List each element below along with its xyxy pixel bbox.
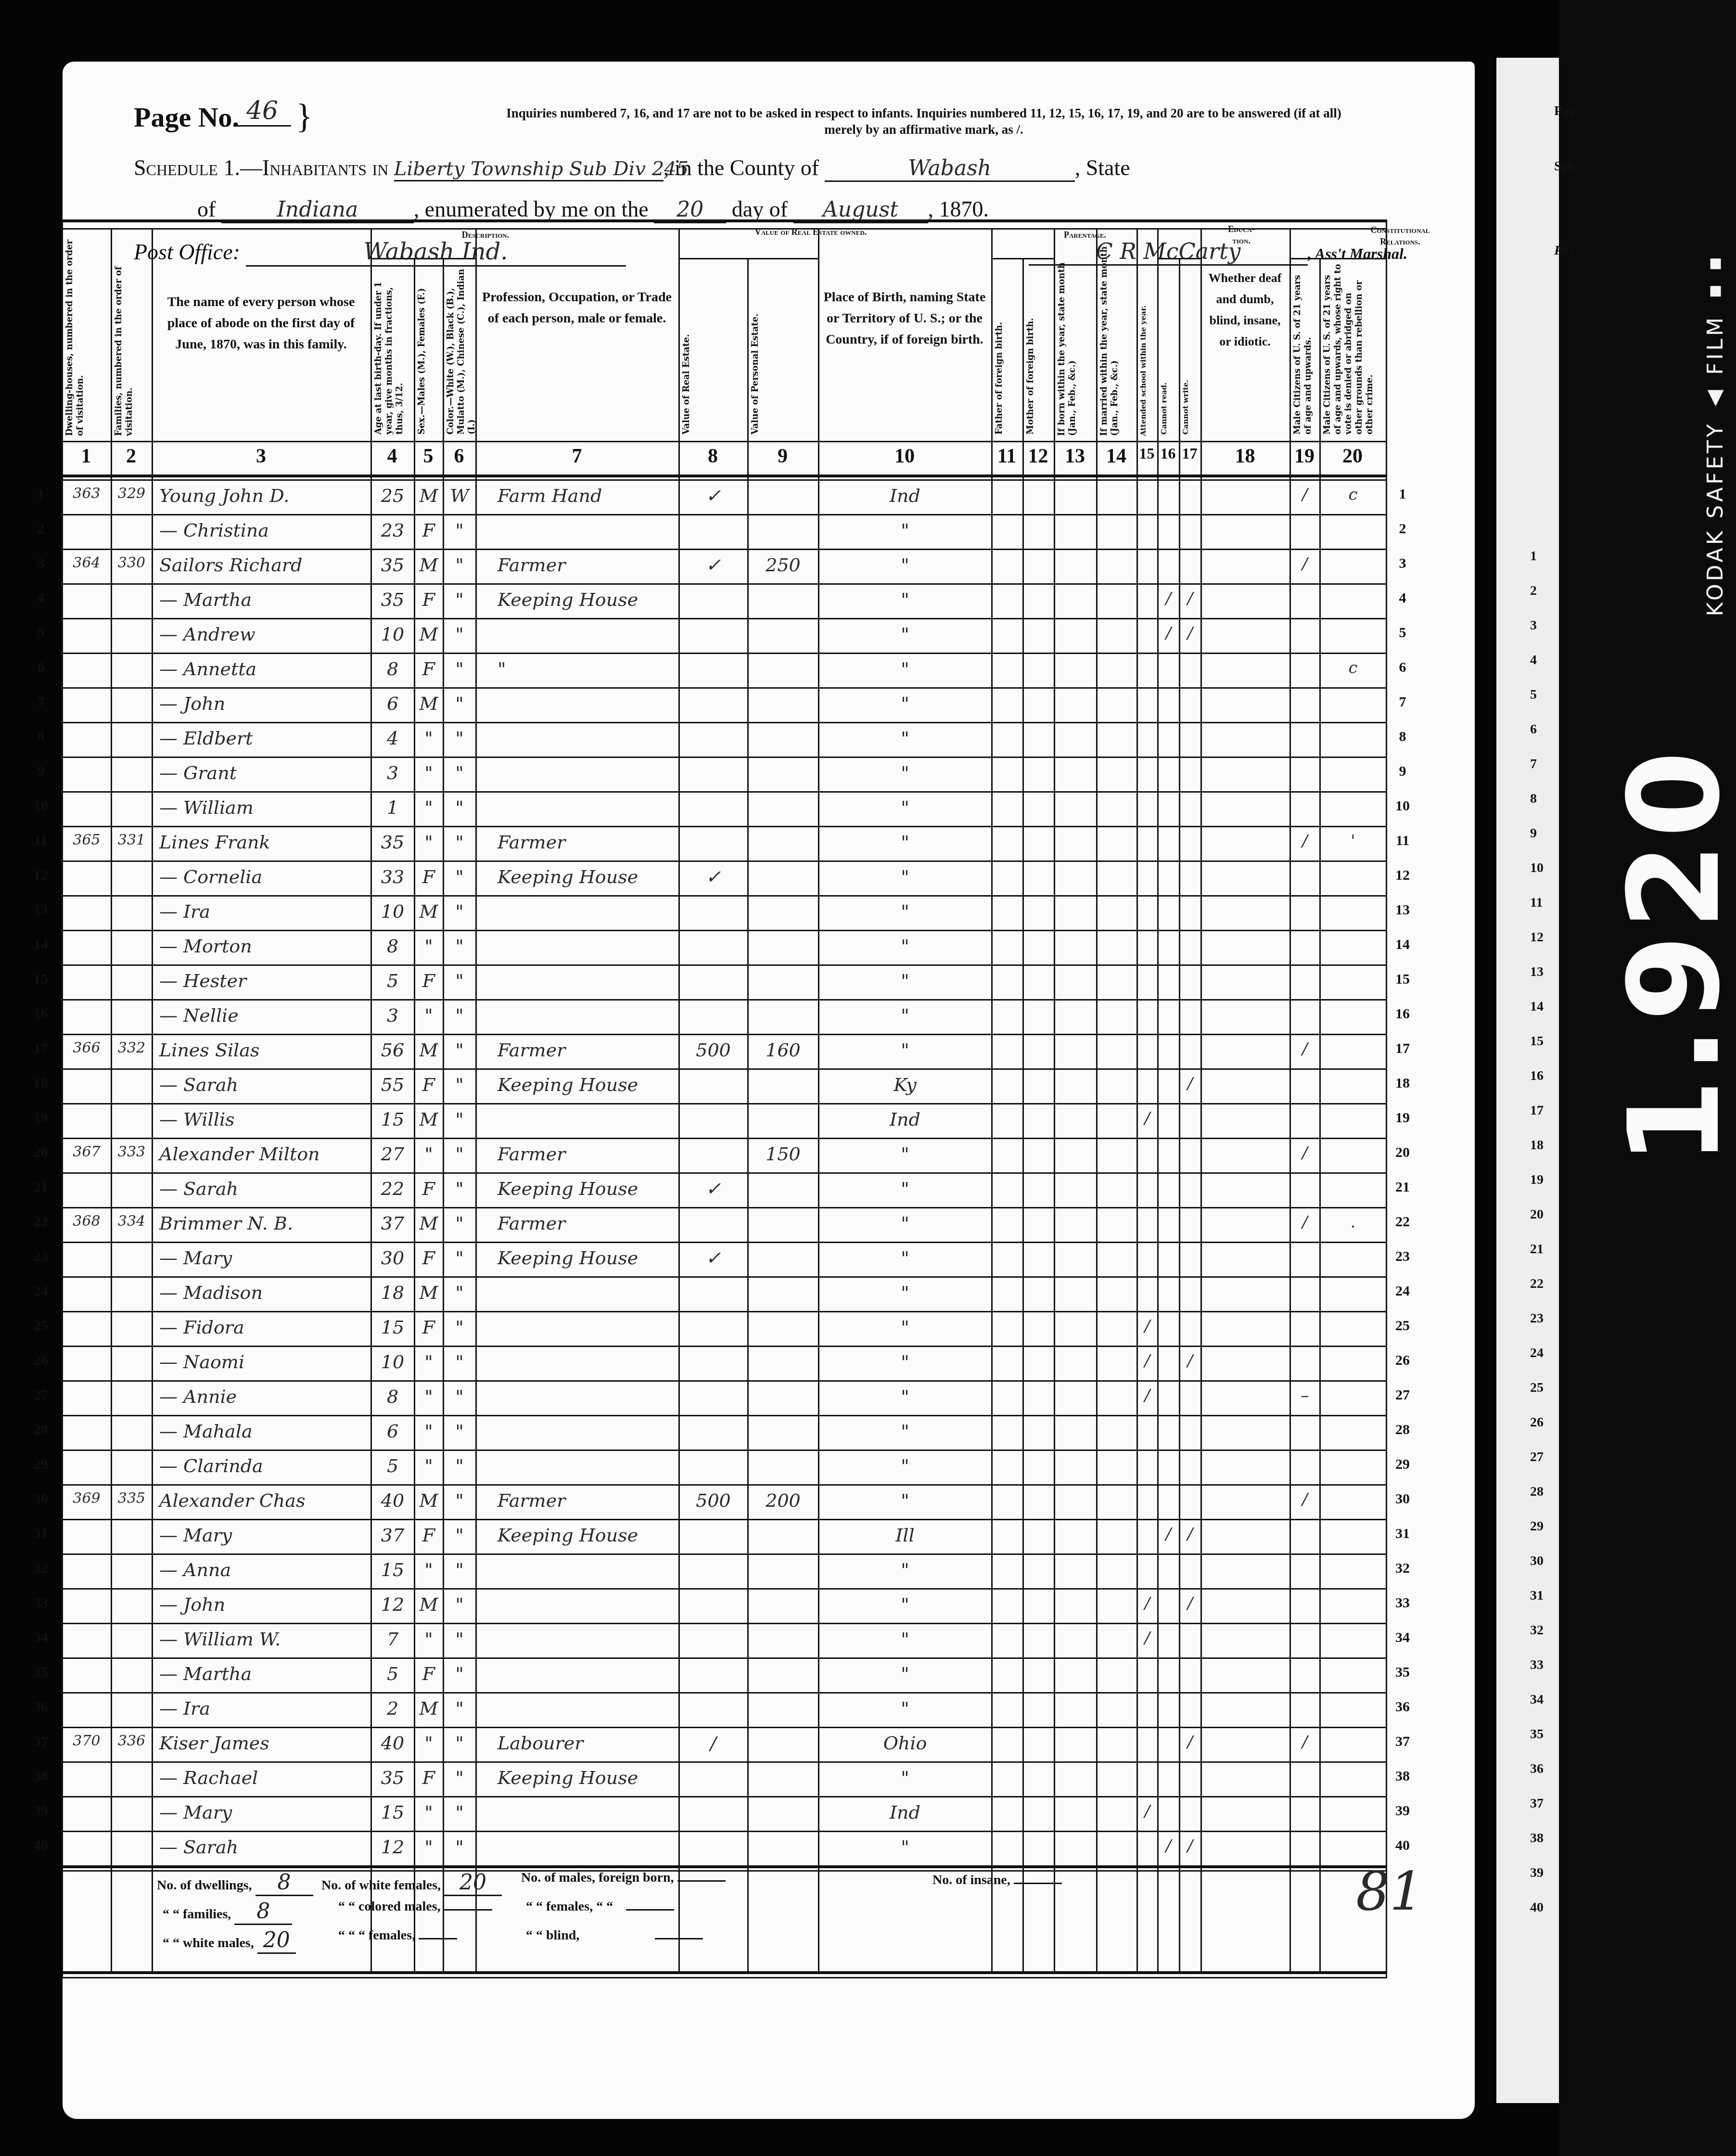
row-line-number-right: 26 xyxy=(1391,1352,1415,1369)
row-line-number-right: 32 xyxy=(1391,1560,1415,1577)
cell-color: " xyxy=(446,693,473,714)
cell-age: 37 xyxy=(373,1525,412,1546)
cell-citizen: / xyxy=(1292,1039,1317,1059)
table-row: 1515— Hester5F"" xyxy=(62,964,1386,999)
adjacent-row-number: 17 xyxy=(1530,1103,1544,1118)
summary-males-foreign: No. of males, foreign born, xyxy=(521,1870,726,1886)
cell-age: 15 xyxy=(373,1317,412,1338)
cell-sex: " xyxy=(417,1629,441,1650)
table-row: 3838— Rachael35F"Keeping House" xyxy=(62,1761,1386,1796)
column-header-3: The name of every person whose place of … xyxy=(155,292,367,355)
cell-personal-estate: 150 xyxy=(750,1143,816,1165)
table-row: 4040— Sarah12"""// xyxy=(62,1831,1386,1865)
cell-school: / xyxy=(1139,1109,1155,1128)
cell-name: — Anna xyxy=(154,1559,373,1580)
row-line-number-right: 12 xyxy=(1391,867,1415,884)
cell-birthplace: " xyxy=(821,1039,989,1061)
cell-age: 5 xyxy=(373,970,412,991)
cell-real-estate: / xyxy=(681,1732,745,1754)
cell-citizen: / xyxy=(1292,1732,1317,1752)
cell-sex: F xyxy=(417,520,441,541)
cell-age: 8 xyxy=(373,936,412,957)
row-line-number-right: 4 xyxy=(1391,590,1415,606)
cell-birthplace: Ind xyxy=(821,485,989,506)
summary-white-males-value: 20 xyxy=(257,1928,296,1954)
table-row: 2222368334Brimmer N. B.37M"Farmer"/. xyxy=(62,1207,1386,1242)
cell-color: " xyxy=(446,970,473,991)
row-line-number-right: 38 xyxy=(1391,1768,1415,1784)
cell-color: " xyxy=(446,1732,473,1754)
summary-colored-females-value xyxy=(419,1938,457,1939)
cell-occupation: Farmer xyxy=(478,1143,696,1165)
summary-blind-value xyxy=(655,1938,703,1939)
census-table: Description. Value of Real Estate owned.… xyxy=(62,219,1452,1964)
cell-name: — John xyxy=(154,693,373,714)
cell-age: 30 xyxy=(373,1247,412,1269)
cell-sex: F xyxy=(417,1074,441,1095)
cell-name: — Mary xyxy=(154,1247,373,1269)
cell-citizen: / xyxy=(1292,832,1317,851)
schedule-label: Schedule 1.—Inhabitants in xyxy=(134,155,388,180)
cell-age: 12 xyxy=(373,1594,412,1615)
cell-personal-estate: 200 xyxy=(750,1490,816,1511)
cell-name: — Annie xyxy=(154,1386,373,1407)
column-number: 5 xyxy=(414,445,443,468)
cell-name: — Sarah xyxy=(154,1074,373,1095)
row-line-number: 16 xyxy=(29,1006,53,1022)
table-row: 2727— Annie8"""/– xyxy=(62,1380,1386,1415)
row-line-number: 13 xyxy=(29,902,53,918)
summary-white-males: “ “ white males, 20 xyxy=(163,1928,296,1954)
row-line-number-right: 2 xyxy=(1391,521,1415,537)
adjacent-row-number: 15 xyxy=(1530,1034,1544,1049)
row-line-number: 23 xyxy=(29,1248,53,1265)
row-line-number-right: 7 xyxy=(1391,694,1415,710)
row-line-number-right: 30 xyxy=(1391,1491,1415,1507)
cell-dwelling: 369 xyxy=(64,1490,109,1507)
column-header-4: Age at last birth-day. If under 1 year, … xyxy=(373,264,411,435)
cell-school: / xyxy=(1139,1386,1155,1405)
table-row: 33364330Sailors Richard35M"Farmer✓250"/ xyxy=(62,549,1386,583)
cell-read: / xyxy=(1160,1525,1177,1544)
cell-sex: F xyxy=(417,1663,441,1684)
summary-colored-males-label: “ “ colored males, xyxy=(338,1899,441,1914)
cell-occupation: Farmer xyxy=(478,1490,696,1511)
cell-sex: F xyxy=(417,866,441,887)
table-row: 3333— John12M""// xyxy=(62,1588,1386,1623)
summary-white-males-label: “ “ white males, xyxy=(163,1936,254,1951)
table-row: 3939— Mary15""Ind/ xyxy=(62,1796,1386,1831)
cell-occupation: Farmer xyxy=(478,1213,696,1234)
row-line-number-right: 11 xyxy=(1391,833,1415,849)
row-line-number: 2 xyxy=(29,521,53,537)
cell-name: Lines Silas xyxy=(154,1039,373,1061)
table-row: 11363329Young John D.25MWFarm Hand✓Ind/c xyxy=(62,479,1386,514)
cell-color: W xyxy=(446,485,473,506)
cell-color: " xyxy=(446,1109,473,1130)
table-row: 3636— Ira2M"" xyxy=(62,1692,1386,1727)
cell-sex: " xyxy=(417,1386,441,1407)
cell-occupation: Farmer xyxy=(478,1039,696,1061)
cell-denied: c xyxy=(1322,485,1384,504)
cell-sex: " xyxy=(417,1559,441,1580)
cell-write: / xyxy=(1182,1836,1199,1856)
cell-occupation: Labourer xyxy=(478,1732,696,1754)
cell-color: " xyxy=(446,936,473,957)
cell-age: 1 xyxy=(373,797,412,818)
cell-color: " xyxy=(446,1802,473,1823)
row-line-number-right: 24 xyxy=(1391,1283,1415,1299)
cell-name: — Rachael xyxy=(154,1767,373,1788)
cell-birthplace: " xyxy=(821,1490,989,1511)
cell-write: / xyxy=(1182,1594,1199,1613)
cell-sex: " xyxy=(417,1836,441,1858)
county-label: , in the County of xyxy=(664,155,819,180)
cell-real-estate: ✓ xyxy=(681,866,745,887)
adjacent-row-number: 31 xyxy=(1530,1588,1544,1604)
cell-birthplace: " xyxy=(821,832,989,853)
cell-birthplace: " xyxy=(821,866,989,887)
column-number: 8 xyxy=(678,445,747,468)
cell-color: " xyxy=(446,589,473,610)
cell-dwelling: 365 xyxy=(64,832,109,848)
cell-denied: c xyxy=(1322,658,1384,678)
column-header-18: Whether deaf and dumb, blind, insane, or… xyxy=(1204,268,1286,352)
cell-birthplace: Ill xyxy=(821,1525,989,1546)
table-row: 66— Annetta8F"""c xyxy=(62,653,1386,687)
table-row: 2626— Naomi10"""// xyxy=(62,1346,1386,1380)
summary-females-foreign: “ “ females, “ “ xyxy=(526,1899,674,1914)
cell-name: — Fidora xyxy=(154,1317,373,1338)
row-line-number-right: 16 xyxy=(1391,1006,1415,1022)
cell-dwelling: 367 xyxy=(64,1143,109,1160)
table-row: 2424— Madison18M"" xyxy=(62,1276,1386,1311)
cell-real-estate: ✓ xyxy=(681,554,745,576)
row-line-number-right: 33 xyxy=(1391,1595,1415,1611)
adjacent-row-number: 18 xyxy=(1530,1138,1544,1153)
adjacent-row-number: 16 xyxy=(1530,1068,1544,1084)
cell-dwelling: 363 xyxy=(64,485,109,502)
cell-name: — Madison xyxy=(154,1282,373,1303)
cell-name: — Christina xyxy=(154,520,373,541)
cell-occupation: Keeping House xyxy=(478,1247,696,1269)
row-line-number: 1 xyxy=(29,486,53,502)
column-header-11: Father of foreign birth. xyxy=(994,264,1020,435)
column-header-2: Families, numbered in the order of visit… xyxy=(114,234,149,436)
column-number: 6 xyxy=(443,445,475,468)
cell-occupation: Farmer xyxy=(478,554,696,576)
row-line-number: 25 xyxy=(29,1318,53,1334)
adjacent-row-number: 23 xyxy=(1530,1311,1544,1326)
cell-color: " xyxy=(446,1490,473,1511)
cell-color: " xyxy=(446,1559,473,1580)
adjacent-page-fragment: Sch xyxy=(1554,159,1575,174)
cell-family: 334 xyxy=(114,1213,150,1230)
cell-name: — Annetta xyxy=(154,658,373,680)
cell-birthplace: " xyxy=(821,728,989,749)
cell-occupation: Farmer xyxy=(478,832,696,853)
cell-birthplace: " xyxy=(821,1005,989,1026)
cell-sex: M xyxy=(417,554,441,576)
row-line-number: 28 xyxy=(29,1422,53,1438)
table-row: 1919— Willis15M"Ind/ xyxy=(62,1103,1386,1138)
adjacent-row-number: 34 xyxy=(1530,1692,1544,1707)
adjacent-row-number: 24 xyxy=(1530,1346,1544,1361)
cell-sex: M xyxy=(417,1490,441,1511)
page-number-label: Page No. xyxy=(134,101,239,133)
cell-birthplace: " xyxy=(821,520,989,541)
cell-personal-estate: 250 xyxy=(750,554,816,576)
table-row: 1313— Ira10M"" xyxy=(62,895,1386,930)
summary-males-foreign-label: No. of males, foreign born, xyxy=(521,1870,674,1885)
table-row: 3030369335Alexander Chas40M"Farmer500200… xyxy=(62,1484,1386,1519)
cell-birthplace: " xyxy=(821,901,989,922)
cell-sex: M xyxy=(417,485,441,506)
row-line-number-right: 14 xyxy=(1391,937,1415,953)
cell-birthplace: " xyxy=(821,658,989,680)
cell-occupation: " xyxy=(478,658,696,680)
cell-age: 6 xyxy=(373,1421,412,1442)
cell-age: 55 xyxy=(373,1074,412,1095)
cell-occupation: Keeping House xyxy=(478,1178,696,1199)
cell-school: / xyxy=(1139,1351,1155,1371)
cell-color: " xyxy=(446,762,473,783)
row-line-number-right: 21 xyxy=(1391,1179,1415,1195)
cell-age: 15 xyxy=(373,1559,412,1580)
cell-sex: " xyxy=(417,1005,441,1026)
column-header-7: Profession, Occupation, or Trade of each… xyxy=(479,287,675,329)
cell-dwelling: 364 xyxy=(64,554,109,571)
cell-citizen: / xyxy=(1292,1490,1317,1509)
cell-name: — Martha xyxy=(154,1663,373,1684)
column-header-14: If married within the year, state month … xyxy=(1099,234,1134,436)
cell-citizen: / xyxy=(1292,1143,1317,1163)
cell-sex: " xyxy=(417,1455,441,1476)
table-row: 2525— Fidora15F""/ xyxy=(62,1311,1386,1346)
adjacent-row-number: 5 xyxy=(1530,687,1537,703)
cell-name: — Sarah xyxy=(154,1178,373,1199)
cell-name: — William xyxy=(154,797,373,818)
table-top-rule-thin xyxy=(62,228,1386,230)
cell-occupation: Keeping House xyxy=(478,866,696,887)
cell-sex: F xyxy=(417,970,441,991)
column-number: 13 xyxy=(1054,445,1096,468)
adjacent-row-number: 8 xyxy=(1530,791,1537,807)
cell-name: Alexander Chas xyxy=(154,1490,373,1511)
adjacent-row-number: 30 xyxy=(1530,1553,1544,1569)
cell-color: " xyxy=(446,1698,473,1719)
summary-white-females: No. of white females, 20 xyxy=(321,1870,502,1896)
row-line-number: 21 xyxy=(29,1179,53,1195)
cell-name: — John xyxy=(154,1594,373,1615)
column-number: 15 xyxy=(1136,445,1157,462)
table-top-rule xyxy=(62,219,1386,222)
table-row: 3535— Martha5F"" xyxy=(62,1657,1386,1692)
cell-sex: " xyxy=(417,1351,441,1373)
table-row: 3131— Mary37F"Keeping HouseIll// xyxy=(62,1519,1386,1553)
column-number: 17 xyxy=(1179,445,1200,462)
cell-sex: M xyxy=(417,1109,441,1130)
summary-colored-females: “ “ “ females, xyxy=(338,1928,457,1943)
notice-instructions: Inquiries numbered 7, 16, and 17 are not… xyxy=(385,105,1463,138)
cell-color: " xyxy=(446,1351,473,1373)
cell-age: 27 xyxy=(373,1143,412,1165)
cell-name: — Grant xyxy=(154,762,373,783)
summary-colored-males: “ “ colored males, xyxy=(338,1899,492,1914)
column-number: 18 xyxy=(1200,445,1289,468)
cell-birthplace: " xyxy=(821,1386,989,1407)
cell-family: 335 xyxy=(114,1490,150,1507)
row-line-number: 12 xyxy=(29,867,53,884)
cell-sex: " xyxy=(417,1732,441,1754)
page-number-value: 46 xyxy=(233,96,291,127)
cell-family: 329 xyxy=(114,485,150,502)
column-number: 7 xyxy=(475,445,678,468)
cell-birthplace: " xyxy=(821,762,989,783)
row-line-number: 6 xyxy=(29,659,53,676)
of-label: of xyxy=(197,197,216,221)
cell-occupation: Keeping House xyxy=(478,1767,696,1788)
summary-insane-label: No. of insane, xyxy=(932,1873,1010,1887)
cell-read: / xyxy=(1160,1836,1177,1856)
cell-occupation: Keeping House xyxy=(478,1525,696,1546)
cell-birthplace: " xyxy=(821,1247,989,1269)
adjacent-page-fragment: Pag xyxy=(1554,103,1576,119)
cell-write: / xyxy=(1182,1351,1199,1371)
adjacent-row-number: 33 xyxy=(1530,1657,1544,1673)
cell-birthplace: " xyxy=(821,554,989,576)
cell-write: / xyxy=(1182,1525,1199,1544)
cell-birthplace: Ky xyxy=(821,1074,989,1095)
summary-insane-value xyxy=(1014,1883,1062,1884)
column-header-12: Mother of foreign birth. xyxy=(1025,264,1051,435)
adjacent-row-number: 10 xyxy=(1530,860,1544,876)
cell-birthplace: " xyxy=(821,1698,989,1719)
cell-sex: M xyxy=(417,1039,441,1061)
row-line-number: 32 xyxy=(29,1560,53,1577)
adjacent-row-number: 29 xyxy=(1530,1519,1544,1534)
cell-birthplace: " xyxy=(821,936,989,957)
constitutional-group-rule xyxy=(1289,258,1386,259)
cell-color: " xyxy=(446,658,473,680)
row-line-number-right: 37 xyxy=(1391,1733,1415,1750)
cell-name: — Sarah xyxy=(154,1836,373,1858)
cell-name: — Morton xyxy=(154,936,373,957)
row-line-number: 10 xyxy=(29,798,53,814)
row-line-number: 7 xyxy=(29,694,53,710)
table-row: 1010— William1""" xyxy=(62,791,1386,826)
cell-age: 12 xyxy=(373,1836,412,1858)
summary-blind-label: “ “ blind, xyxy=(526,1928,579,1943)
row-line-number: 22 xyxy=(29,1214,53,1230)
row-line-number: 27 xyxy=(29,1387,53,1403)
cell-name: Kiser James xyxy=(154,1732,373,1754)
table-row: 1818— Sarah55F"Keeping HouseKy/ xyxy=(62,1068,1386,1103)
row-line-number-right: 39 xyxy=(1391,1803,1415,1819)
cell-dwelling: 370 xyxy=(64,1732,109,1749)
row-line-number: 18 xyxy=(29,1075,53,1091)
table-row: 1212— Cornelia33F"Keeping House✓" xyxy=(62,860,1386,895)
row-line-number: 5 xyxy=(29,625,53,641)
cell-occupation: Keeping House xyxy=(478,1074,696,1095)
column-header-15: Attended school within the year. xyxy=(1139,234,1154,436)
frame-number: 1.920 xyxy=(1602,746,1736,1166)
table-row: 2020367333Alexander Milton27""Farmer150"… xyxy=(62,1138,1386,1172)
row-line-number-right: 29 xyxy=(1391,1456,1415,1473)
cell-name: Brimmer N. B. xyxy=(154,1213,373,1234)
cell-color: " xyxy=(446,866,473,887)
cell-name: — Ira xyxy=(154,1698,373,1719)
table-row: 55— Andrew10M""// xyxy=(62,618,1386,653)
cell-citizen: / xyxy=(1292,554,1317,574)
adjacent-row-number: 2 xyxy=(1530,583,1537,599)
cell-age: 4 xyxy=(373,728,412,749)
column-number: 12 xyxy=(1022,445,1054,468)
cell-write: / xyxy=(1182,1732,1199,1752)
row-line-number-right: 6 xyxy=(1391,659,1415,676)
cell-birthplace: " xyxy=(821,1317,989,1338)
cell-write: / xyxy=(1182,1074,1199,1093)
cell-age: 10 xyxy=(373,1351,412,1373)
cell-write: / xyxy=(1182,624,1199,643)
summary-families-label: “ “ families, xyxy=(163,1907,231,1922)
cell-age: 2 xyxy=(373,1698,412,1719)
column-number: 19 xyxy=(1289,445,1319,468)
row-line-number-right: 20 xyxy=(1391,1144,1415,1161)
cell-color: " xyxy=(446,1455,473,1476)
cell-sex: F xyxy=(417,1317,441,1338)
adjacent-row-number: 27 xyxy=(1530,1450,1544,1465)
row-line-number: 29 xyxy=(29,1456,53,1473)
cell-birthplace: " xyxy=(821,1594,989,1615)
cell-color: " xyxy=(446,1421,473,1442)
row-line-number-right: 19 xyxy=(1391,1110,1415,1126)
summary-dwellings-value: 8 xyxy=(255,1870,313,1896)
column-number-rule xyxy=(62,475,1386,477)
adjacent-row-number: 3 xyxy=(1530,618,1537,633)
cell-name: — Nellie xyxy=(154,1005,373,1026)
cell-color: " xyxy=(446,1317,473,1338)
row-line-number-right: 5 xyxy=(1391,625,1415,641)
table-row: 2929— Clarinda5""" xyxy=(62,1450,1386,1484)
cell-age: 5 xyxy=(373,1663,412,1684)
cell-name: — Andrew xyxy=(154,624,373,645)
row-line-number: 20 xyxy=(29,1144,53,1161)
cell-age: 7 xyxy=(373,1629,412,1650)
cell-name: — Hester xyxy=(154,970,373,991)
column-header-9: Value of Personal Estate. xyxy=(750,264,815,435)
county-field: Wabash xyxy=(825,156,1075,182)
column-number: 9 xyxy=(747,445,818,468)
cell-family: 331 xyxy=(114,832,150,848)
cell-sex: " xyxy=(417,1802,441,1823)
row-line-number: 36 xyxy=(29,1699,53,1715)
cell-age: 8 xyxy=(373,658,412,680)
column-number: 1 xyxy=(62,445,111,468)
cell-age: 8 xyxy=(373,1386,412,1407)
summary-females-foreign-label: “ “ females, “ “ xyxy=(526,1899,613,1914)
row-line-number-right: 1 xyxy=(1391,486,1415,502)
cell-age: 56 xyxy=(373,1039,412,1061)
cell-sex: F xyxy=(417,1525,441,1546)
cell-color: " xyxy=(446,1836,473,1858)
cell-family: 332 xyxy=(114,1039,150,1056)
cell-sex: " xyxy=(417,1143,441,1165)
table-row: 44— Martha35F"Keeping House"// xyxy=(62,583,1386,618)
cell-name: — Naomi xyxy=(154,1351,373,1373)
cell-sex: M xyxy=(417,693,441,714)
cell-color: " xyxy=(446,832,473,853)
